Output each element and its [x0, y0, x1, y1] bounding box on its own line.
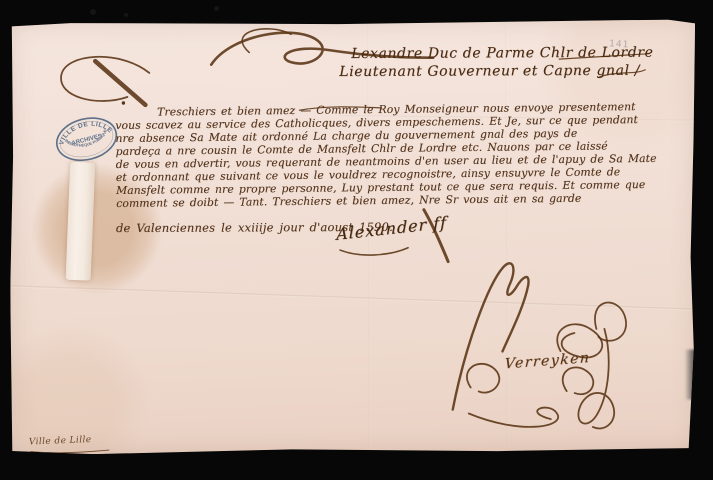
- manuscript-paper: VILLE DE LILLE ARCHIVES BIBLIOTHEQUE PUB…: [9, 20, 697, 455]
- archive-stamp-oval: VILLE DE LILLE ARCHIVES BIBLIOTHEQUE PUB…: [49, 108, 125, 171]
- pencil-note: 141: [609, 39, 630, 50]
- scan-background: VILLE DE LILLE ARCHIVES BIBLIOTHEQUE PUB…: [0, 0, 713, 480]
- letter-body: Treschiers et bien amez — Comme le Roy M…: [115, 100, 672, 210]
- archive-stamp: VILLE DE LILLE ARCHIVES BIBLIOTHEQUE PUB…: [49, 108, 125, 171]
- dust-speck: [90, 9, 96, 15]
- note-underline: [31, 450, 109, 453]
- docket-line-2: Lieutenant Gouverneur et Capne gnal /: [339, 63, 640, 80]
- countersignature-flourish: [452, 263, 626, 429]
- archivist-note: Ville de Lille: [29, 435, 92, 447]
- fold-crease: [505, 20, 509, 452]
- dust-speck: [214, 6, 219, 11]
- opening-paraph: [61, 57, 149, 106]
- countersignature-verreyken: Verreyken: [504, 350, 591, 372]
- dust-speck: [124, 13, 128, 17]
- fold-crease: [10, 285, 696, 310]
- seal-paper-strip: [66, 162, 96, 281]
- edge-smudge: [684, 350, 694, 400]
- signature-alexander: Alexander ff: [336, 213, 447, 244]
- address-docket: Lexandre Duc de Parme Chlr de Lordre Lie…: [9, 20, 695, 23]
